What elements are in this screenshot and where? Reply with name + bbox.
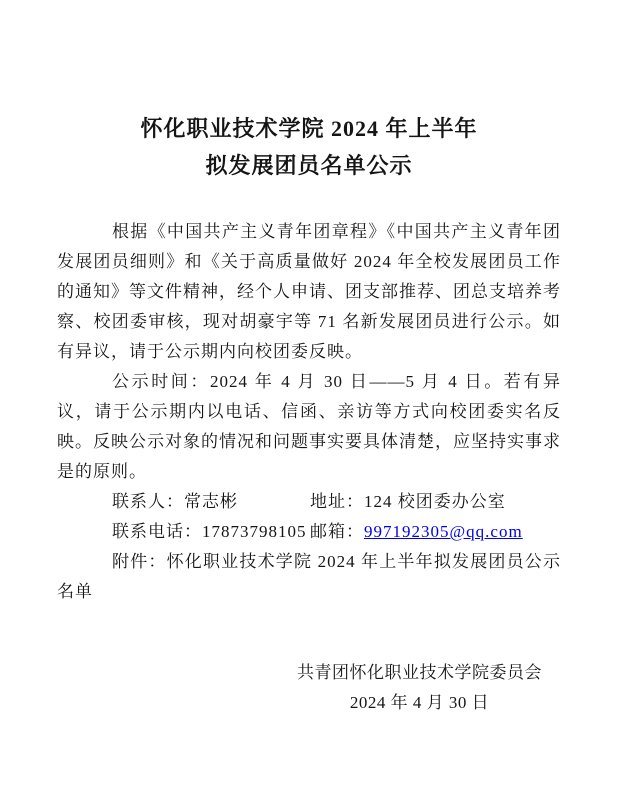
email-link[interactable]: 997192305@qq.com	[364, 522, 523, 541]
contact-row-person-address: 联系人：常志彬 地址：124 校团委办公室	[57, 487, 561, 517]
contact-email: 邮箱：997192305@qq.com	[310, 517, 523, 547]
contact-person: 联系人：常志彬	[57, 487, 238, 517]
contact-phone: 联系电话：17873798105	[57, 517, 307, 547]
document-title: 怀化职业技术学院 2024 年上半年 拟发展团员名单公示	[0, 110, 618, 184]
paragraph-basis: 根据《中国共产主义青年团章程》《中国共产主义青年团发展团员细则》和《关于高质量做…	[57, 217, 561, 367]
signature-block: 共青团怀化职业技术学院委员会 2024 年 4 月 30 日	[297, 658, 542, 718]
contact-email-label: 邮箱：	[310, 522, 364, 541]
title-line-2: 拟发展团员名单公示	[0, 147, 618, 184]
document-body: 根据《中国共产主义青年团章程》《中国共产主义青年团发展团员细则》和《关于高质量做…	[57, 217, 561, 607]
title-line-1: 怀化职业技术学院 2024 年上半年	[0, 110, 618, 147]
paragraph-period: 公示时间：2024 年 4 月 30 日——5 月 4 日。若有异议，请于公示期…	[57, 367, 561, 487]
contact-person-label: 联系人：	[112, 492, 184, 511]
contact-phone-value: 17873798105	[202, 522, 307, 541]
contact-address-value: 124 校团委办公室	[364, 492, 506, 511]
contact-row-phone-email: 联系电话：17873798105 邮箱：997192305@qq.com	[57, 517, 561, 547]
contact-address-label: 地址：	[310, 492, 364, 511]
signature-org: 共青团怀化职业技术学院委员会	[297, 658, 542, 688]
contact-person-value: 常志彬	[184, 492, 238, 511]
contact-phone-label: 联系电话：	[112, 522, 202, 541]
document-page: 怀化职业技术学院 2024 年上半年 拟发展团员名单公示 根据《中国共产主义青年…	[0, 0, 618, 811]
contact-address: 地址：124 校团委办公室	[310, 487, 506, 517]
attachment-line: 附件：怀化职业技术学院 2024 年上半年拟发展团员公示名单	[57, 547, 561, 607]
signature-date: 2024 年 4 月 30 日	[297, 688, 542, 718]
